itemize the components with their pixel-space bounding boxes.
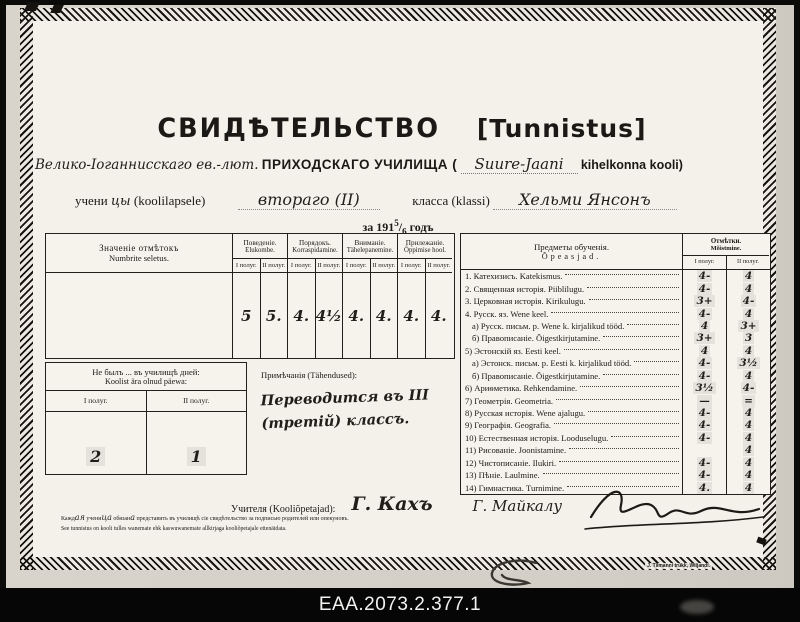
dotted-leader <box>589 299 679 300</box>
subject-label: б) Правописаніе. Õigestkirjutamine. <box>461 333 600 343</box>
mark-value: 4½ <box>316 307 342 325</box>
pupil-printed-3: класса (klassi) <box>412 193 490 208</box>
handwritten-school-prefix: Велико-Іоганнисскаго ев.-лют. <box>35 157 259 173</box>
subject-label: 6) Ариѳметика. Rehkendamine. <box>461 383 577 393</box>
photograph-background: J. Tilmanni trükk, Wiljandi. выдана Н. Ч… <box>6 5 794 588</box>
mark-value: 4. <box>293 307 309 325</box>
absence-title: Не былъ ... въ училищѣ дней: Koolist ära… <box>46 363 246 391</box>
mark-value: 4 <box>743 283 754 295</box>
marks-header-ru: Отмѣтки. <box>683 238 769 245</box>
archival-scan: J. Tilmanni trükk, Wiljandi. выдана Н. Ч… <box>0 0 800 622</box>
subjects-header: Предметы обученія. Õpeasjad. <box>461 234 683 269</box>
dotted-leader <box>565 274 679 275</box>
conduct-mark: 4. <box>287 272 315 358</box>
conduct-mark: 4. <box>342 272 370 358</box>
subject-label: 11) Рисованіе. Joonistamine. <box>461 445 566 455</box>
absence-table: Не былъ ... въ училищѣ дней: Koolist ära… <box>45 362 247 475</box>
mark-value: 4 <box>699 320 710 332</box>
mark-cell-half1: 4- <box>682 432 726 444</box>
subject-label: 14) Гимнастика. Turnimine. <box>461 483 564 493</box>
certificate-paper: СВИДѢТЕЛЬСТВО [Tunnistus] Велико-Іоганни… <box>33 21 763 557</box>
title-estonian: [Tunnistus] <box>477 114 647 143</box>
half-year-header: I полуг. <box>683 256 726 269</box>
mark-cell-half1: 4- <box>682 307 726 319</box>
mark-value: 4- <box>741 295 757 307</box>
conduct-and-notes-column: Значеніе отмѣтокъ Numbrite seletus. Пове… <box>45 233 455 475</box>
mark-value: 4 <box>743 407 754 419</box>
half-year-header: II полуг. <box>315 258 343 272</box>
handwritten-class: втораго (II) <box>238 190 380 210</box>
dotted-leader <box>627 324 679 325</box>
school-type-printed: ПРИХОДСКАГО УЧИЛИЩА ( <box>262 157 458 172</box>
mark-cell-half2: 3 <box>726 332 770 344</box>
subject-row: a) Русск. письм. р. Wene k. kirjalikud t… <box>461 320 770 332</box>
ink-stamp-squiggle <box>476 555 560 591</box>
subject-label: б) Правописаніе. Õigestkirjutamine. <box>461 371 600 381</box>
subject-label: 9) Географія. Geografia. <box>461 420 551 430</box>
group-label-ru: Порядокъ. <box>288 239 342 247</box>
dotted-leader <box>603 374 679 375</box>
half-year-header: II полуг. <box>260 258 288 272</box>
dotted-leader <box>569 448 679 449</box>
year-prefix: за 191 <box>362 220 394 234</box>
subject-label: 8) Русская исторія. Wene ajalugu. <box>461 408 585 418</box>
mark-value: 3+ <box>694 295 714 307</box>
mark-value: 4 <box>699 345 710 357</box>
subject-row: 4. Русск. яз. Wene keel. 4- 4 <box>461 307 770 319</box>
subjects-table-header: Предметы обученія. Õpeasjad. Отмѣтки. Mõ… <box>461 234 770 269</box>
mark-cell-half2: 4 <box>726 457 770 469</box>
mark-cell-half1: 4 <box>682 345 726 357</box>
school-line: Велико-Іоганнисскаго ев.-лют. ПРИХОДСКАГ… <box>35 155 761 173</box>
pupil-line: учени цы (koolilapsele) втораго (II) кла… <box>75 190 759 209</box>
pupil-handwritten-suffix: цы <box>111 194 131 209</box>
footnote: Каждая ученица обязана представить въ уч… <box>61 512 621 534</box>
mark-cell-half1: — <box>682 394 726 406</box>
conduct-mark: 4½ <box>315 272 343 358</box>
subject-row: 7) Геометрія. Geometria. — = <box>461 394 770 406</box>
dotted-leader <box>580 386 679 387</box>
conduct-group-header: Порядокъ. Korraspidamine. <box>287 234 342 258</box>
subject-row: 10) Естественная исторія. Looduselugu. 4… <box>461 432 770 444</box>
footnote-russian: Каждая ученица обязана представить въ уч… <box>61 512 621 525</box>
subject-label: 13) Пѣніе. Laulmine. <box>461 470 540 480</box>
dotted-leader <box>634 361 679 362</box>
group-label-et: Tähelepanemine. <box>343 247 397 254</box>
subject-row: 6) Ариѳметика. Rehkendamine. 3½ 4- <box>461 382 770 394</box>
mark-cell-half2: 4 <box>726 407 770 419</box>
marks-header: Отмѣтки. Mõistmine. <box>683 234 769 256</box>
group-label-ru: Поведеніе. <box>233 239 287 247</box>
mark-value: 4- <box>697 432 713 444</box>
footnote-handwritten: а <box>130 513 135 522</box>
mark-cell-half1: 4- <box>682 282 726 294</box>
subject-label: 4. Русск. яз. Wene keel. <box>461 309 548 319</box>
mark-value: 4- <box>697 370 713 382</box>
subjects-header-et: Õpeasjad. <box>461 252 682 261</box>
footnote-printed: представить въ училищѣ сіе свидѣтельство… <box>137 516 349 522</box>
footnote-handwritten: ая <box>75 513 85 522</box>
legend-header-russian: Значеніе отмѣтокъ <box>46 243 232 253</box>
subject-row: 12) Чистописаніе. Ilukiri. 4- 4 <box>461 457 770 469</box>
subject-label: a) Русск. письм. р. Wene k. kirjalikud t… <box>461 321 624 331</box>
conduct-group-header: Прилежаніе. Õppimise hool. <box>397 234 452 258</box>
mark-value: 4 <box>743 345 754 357</box>
mark-value: 4. <box>431 307 447 325</box>
subject-row: 3. Церковная исторія. Kirikulugu. 3+ 4- <box>461 295 770 307</box>
absence-title-ru: Не былъ ... въ училищѣ дней: <box>48 367 244 377</box>
mark-value: 4- <box>697 283 713 295</box>
legend-header-estonian: Numbrite seletus. <box>46 253 232 263</box>
conduct-mark: 4. <box>370 272 398 358</box>
handwritten-school-name: Suure-Jaani <box>461 155 578 174</box>
subject-row: 8) Русская исторія. Wene ajalugu. 4- 4 <box>461 407 770 419</box>
half-year-header: II полуг. <box>370 258 398 272</box>
subject-row: 9) Географія. Geografia. 4- 4 <box>461 419 770 431</box>
group-label-et: Elukombe. <box>233 247 287 254</box>
remarks-label: Примѣчанія (Tähendused): <box>261 370 451 380</box>
footnote-printed: Кажд <box>61 516 75 522</box>
handwritten-pupil-name: Хельми Янсонъ <box>493 190 677 210</box>
conduct-mark: 5 <box>232 272 260 358</box>
half-year-header: II полуг. <box>425 258 453 272</box>
subject-label: 5) Эстонскій яз. Eesti keel. <box>461 346 561 356</box>
mark-cell-half1: 3½ <box>682 382 726 394</box>
conduct-group-header: Вниманіе. Tähelepanemine. <box>342 234 397 258</box>
conduct-group-header: Поведеніе. Elukombe. <box>232 234 287 258</box>
subject-row: 1. Катехизисъ. Katekismus. 4- 4 <box>461 270 770 282</box>
certificate: J. Tilmanni trükk, Wiljandi. выдана Н. Ч… <box>20 8 776 570</box>
footnote-printed: учени <box>86 516 101 522</box>
half-year-header: I полуг. <box>397 258 425 272</box>
mark-value: 3+ <box>738 320 758 332</box>
mark-value: = <box>742 395 755 407</box>
dotted-leader <box>587 287 679 288</box>
mark-cell-half1: 4- <box>682 457 726 469</box>
subject-row: 2. Священная исторія. Piiblilugu. 4- 4 <box>461 282 770 294</box>
subject-label: 2. Священная исторія. Piiblilugu. <box>461 284 584 294</box>
certificate-title: СВИДѢТЕЛЬСТВО [Tunnistus] <box>33 113 763 144</box>
subject-label: 7) Геометрія. Geometria. <box>461 396 553 406</box>
mark-cell-half1: 3+ <box>682 332 726 344</box>
absence-and-notes-row: Не былъ ... въ училищѣ дней: Koolist ära… <box>45 362 455 475</box>
scan-artifact <box>680 600 714 614</box>
mark-value: 3½ <box>693 382 715 394</box>
mark-value: 4 <box>743 457 754 469</box>
mark-value: 4. <box>376 307 392 325</box>
absence-title-et: Koolist ära olnud päewa: <box>48 377 244 386</box>
mark-cell-half2: 4 <box>726 370 770 382</box>
dotted-leader <box>554 423 679 424</box>
subjects-header-ru: Предметы обученія. <box>461 242 682 252</box>
legend-header: Значеніе отмѣтокъ Numbrite seletus. <box>46 234 232 272</box>
mark-value: 3 <box>743 332 754 344</box>
mark-cell-half2: 4 <box>726 307 770 319</box>
mark-value: 4 <box>743 308 754 320</box>
group-label-et: Õppimise hool. <box>398 247 452 254</box>
hatched-border-top <box>20 8 776 21</box>
mark-value: 3+ <box>694 332 714 344</box>
year-suffix: годъ <box>410 220 434 234</box>
marks-header-et: Mõistmine. <box>683 245 769 252</box>
mark-value: 4 <box>743 444 754 456</box>
mark-value: 4- <box>697 308 713 320</box>
mark-value: 5. <box>266 307 282 325</box>
subject-label: 12) Чистописаніе. Ilukiri. <box>461 458 556 468</box>
pupil-printed-2: (koolilapsele) <box>134 193 205 208</box>
mark-value: 4- <box>697 419 713 431</box>
handwritten-remark: Переводится въ III (третій) классъ. <box>260 383 452 436</box>
mark-value: 4- <box>697 357 713 369</box>
mark-cell-half2: 4 <box>726 444 770 456</box>
footnote-estonian: See tunnistus on kooli tulles wanemate e… <box>61 525 621 534</box>
mark-value: 4- <box>697 457 713 469</box>
conduct-mark: 4. <box>425 272 453 358</box>
dotted-leader <box>551 312 679 313</box>
remarks-section: Примѣчанія (Tähendused): Переводится въ … <box>261 362 451 475</box>
mark-cell-half1: 4- <box>682 419 726 431</box>
tables-block: Значеніе отмѣтокъ Numbrite seletus. Пове… <box>45 233 771 495</box>
group-label-et: Korraspidamine. <box>288 247 342 254</box>
mark-cell-half2: 3½ <box>726 357 770 369</box>
subject-label: a) Эстонск. письм. р. Eesti k. kirjaliku… <box>461 358 631 368</box>
pupil-printed-1: учени <box>75 193 108 208</box>
mark-value: 4 <box>743 419 754 431</box>
subject-row: б) Правописаніе. Õigestkirjutamine. 3+ 3 <box>461 332 770 344</box>
title-russian: СВИДѢТЕЛЬСТВО <box>157 113 439 144</box>
subjects-table: Предметы обученія. Õpeasjad. Отмѣтки. Mõ… <box>460 233 771 495</box>
mark-cell-half2: 4 <box>726 432 770 444</box>
hatched-border-left <box>20 8 33 570</box>
mark-cell-half2: = <box>726 394 770 406</box>
half-year-header: II полуг. <box>726 256 769 269</box>
subject-row: a) Эстонск. письм. р. Eesti k. kirjaliku… <box>461 357 770 369</box>
mark-value: 4 <box>743 370 754 382</box>
half-year-header: I полуг. <box>342 258 370 272</box>
group-label-ru: Вниманіе. <box>343 239 397 247</box>
mark-cell-half2: 4 <box>726 282 770 294</box>
mark-cell-half2: 4- <box>726 382 770 394</box>
mark-cell-half2: 4- <box>726 295 770 307</box>
dotted-leader <box>603 336 679 337</box>
school-suffix-printed: kihelkonna kooli) <box>581 158 683 172</box>
subject-rows: 1. Катехизисъ. Katekismus. 4- 4 2. Свяще… <box>461 269 770 494</box>
subject-label: 1. Катехизисъ. Katekismus. <box>461 271 562 281</box>
half-year-header: I полуг. <box>232 258 260 272</box>
dotted-leader <box>564 349 679 350</box>
dotted-leader <box>556 399 679 400</box>
subject-row: 5) Эстонскій яз. Eesti keel. 4 4 <box>461 345 770 357</box>
subject-row: б) Правописаніе. Õigestkirjutamine. 4- 4 <box>461 370 770 382</box>
mark-value: 4- <box>697 407 713 419</box>
group-label-ru: Прилежаніе. <box>398 239 452 247</box>
mark-cell-half1: 4- <box>682 270 726 282</box>
mark-cell-half2: 4 <box>726 270 770 282</box>
archive-reference: EAA.2073.2.377.1 <box>319 594 481 616</box>
half-year-header: I полуг. <box>287 258 315 272</box>
subject-label: 3. Церковная исторія. Kirikulugu. <box>461 296 586 306</box>
mark-value: 4- <box>697 270 713 282</box>
mark-cell-half1: 3+ <box>682 295 726 307</box>
absence-value-half1: 2 <box>86 447 105 466</box>
mark-cell-half1: 4- <box>682 370 726 382</box>
dotted-leader <box>588 411 679 412</box>
mark-value: 4. <box>348 307 364 325</box>
mark-cell-half1 <box>682 444 726 456</box>
subject-row: 11) Рисованіе. Joonistamine. 4 <box>461 444 770 456</box>
mark-value: 4 <box>743 432 754 444</box>
mark-value: — <box>697 395 712 407</box>
absence-values: 2 1 <box>46 412 246 474</box>
year-numerator: 5 <box>394 218 399 228</box>
caption-bar: EAA.2073.2.377.1 <box>0 588 800 622</box>
absence-value-half2: 1 <box>187 447 206 466</box>
mark-cell-half1: 4- <box>682 357 726 369</box>
printer-mark: J. Tilmanni trükk, Wiljandi. <box>645 563 712 569</box>
footnote-handwritten: ца <box>101 513 111 522</box>
dotted-leader <box>543 473 679 474</box>
mark-value: 5 <box>241 307 251 325</box>
mark-value: 3½ <box>737 357 759 369</box>
mark-cell-half1: 4- <box>682 407 726 419</box>
mark-cell-half1: 4 <box>682 320 726 332</box>
grade-scale-list <box>46 272 232 358</box>
grade-legend-table: Значеніе отмѣтокъ Numbrite seletus. Пове… <box>45 233 455 359</box>
conduct-mark: 5. <box>260 272 288 358</box>
mark-cell-half2: 3+ <box>726 320 770 332</box>
mark-value: 4 <box>743 270 754 282</box>
dotted-leader <box>559 461 679 462</box>
footnote-printed: обязан <box>113 516 130 522</box>
mark-cell-half2: 4 <box>726 345 770 357</box>
conduct-mark: 4. <box>397 272 425 358</box>
mark-value: 4. <box>403 307 419 325</box>
mark-value: 4- <box>741 382 757 394</box>
dotted-leader <box>611 436 679 437</box>
mark-cell-half2: 4 <box>726 419 770 431</box>
subject-label: 10) Естественная исторія. Looduselugu. <box>461 433 608 443</box>
half-year-header: II полуг. <box>146 391 247 411</box>
half-year-header: I полуг. <box>46 391 146 411</box>
absence-half-headers: I полуг. II полуг. <box>46 391 246 412</box>
